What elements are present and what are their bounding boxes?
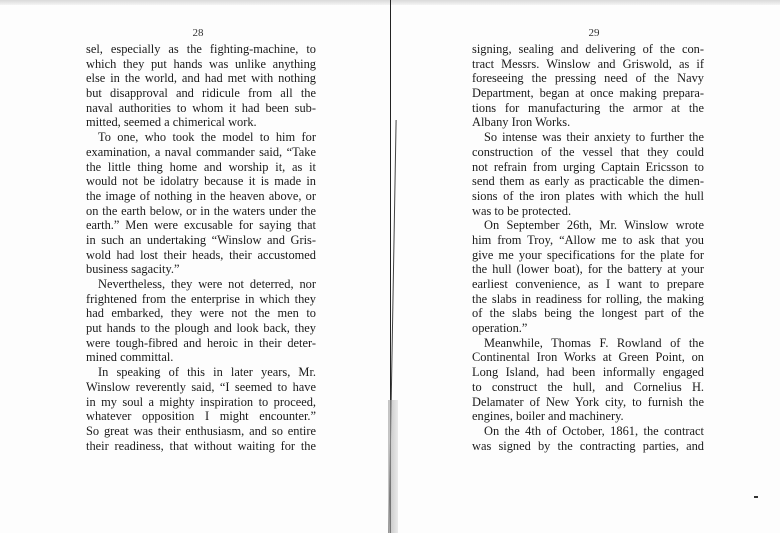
text-line: construction of the vessel that they cou… bbox=[472, 145, 704, 160]
text-line: to construct the hull, and Cornelius H. bbox=[472, 380, 704, 395]
text-line: naval authorities to whom it had been su… bbox=[86, 101, 316, 116]
text-line: earth.” Men were excusable for saying th… bbox=[86, 218, 316, 233]
text-line: operation.” bbox=[472, 321, 704, 336]
text-line: Delamater of New York city, to furnish t… bbox=[472, 395, 704, 410]
text-line: on the earth below, or in the waters und… bbox=[86, 204, 316, 219]
text-line: put hands to the plough and look back, t… bbox=[86, 321, 316, 336]
text-line: whatever opposition I might encounter.” bbox=[86, 409, 316, 424]
text-line: mined committal. bbox=[86, 350, 316, 365]
book-spread: 28 sel, especially as the fighting-machi… bbox=[0, 0, 780, 533]
text-line: sions of the iron plates with which the … bbox=[472, 189, 704, 204]
text-line: signing, sealing and delivering of the c… bbox=[472, 42, 704, 57]
text-line: had embarked, they were not the men to bbox=[86, 306, 316, 321]
text-line: Continental Iron Works at Green Point, o… bbox=[472, 350, 704, 365]
text-line: Department, began at once making prepara… bbox=[472, 86, 704, 101]
page-text: signing, sealing and delivering of the c… bbox=[472, 42, 704, 453]
text-line: the slabs in readiness for rolling, the … bbox=[472, 292, 704, 307]
text-line: business sagacity.” bbox=[86, 262, 316, 277]
text-line: send them as early as practicable the di… bbox=[472, 174, 704, 189]
text-line: sel, especially as the fighting-machine,… bbox=[86, 42, 316, 57]
text-line: tract Messrs. Winslow and Griswold, as i… bbox=[472, 57, 704, 72]
scan-speck bbox=[754, 496, 758, 498]
text-line: To one, who took the model to him for bbox=[86, 130, 316, 145]
page-text: sel, especially as the fighting-machine,… bbox=[86, 42, 316, 453]
text-line: mitted, seemed a chimerical work. bbox=[86, 115, 316, 130]
text-line: the hull (lower boat), for the battery a… bbox=[472, 262, 704, 277]
text-line: would not be idolatry because it is made… bbox=[86, 174, 316, 189]
text-line: which they put hands was unlike anything bbox=[86, 57, 316, 72]
text-line: else in the world, and had met with noth… bbox=[86, 71, 316, 86]
text-line: Nevertheless, they were not deterred, no… bbox=[86, 277, 316, 292]
text-line: their readiness, that without waiting fo… bbox=[86, 439, 316, 454]
right-page: 29 signing, sealing and delivering of th… bbox=[392, 0, 780, 533]
text-line: engines, boiler and machinery. bbox=[472, 409, 704, 424]
text-line: examination, a naval commander said, “Ta… bbox=[86, 145, 316, 160]
text-line: not refrain from urging Captain Ericsson… bbox=[472, 160, 704, 175]
text-line: give me your specifications for the plat… bbox=[472, 248, 704, 263]
text-line: frightened from the enterprise in which … bbox=[86, 292, 316, 307]
text-line: but disapproval and ridicule from all th… bbox=[86, 86, 316, 101]
text-line: On the 4th of October, 1861, the contrac… bbox=[472, 424, 704, 439]
page-number: 29 bbox=[579, 27, 609, 39]
text-line: the image of nothing in the heaven above… bbox=[86, 189, 316, 204]
text-line: earliest convenience, as I want to prepa… bbox=[472, 277, 704, 292]
text-line: were tough-fibred and heroic in their de… bbox=[86, 336, 316, 351]
text-line: Meanwhile, Thomas F. Rowland of the bbox=[472, 336, 704, 351]
text-line: tions for manufacturing the armor at the bbox=[472, 101, 704, 116]
text-line: In speaking of this in later years, Mr. bbox=[86, 365, 316, 380]
text-line: So great was their enthusiasm, and so en… bbox=[86, 424, 316, 439]
text-line: Winslow reverently said, “I seemed to ha… bbox=[86, 380, 316, 395]
text-line: Long Island, had been informally engaged bbox=[472, 365, 704, 380]
text-line: in my soul a mighty inspiration to proce… bbox=[86, 395, 316, 410]
text-line: foreseeing the pressing need of the Navy bbox=[472, 71, 704, 86]
page-number: 28 bbox=[183, 27, 213, 39]
text-line: So intense was their anxiety to further … bbox=[472, 130, 704, 145]
text-line: wold had lost their heads, their accusto… bbox=[86, 248, 316, 263]
text-line: Albany Iron Works. bbox=[472, 115, 704, 130]
text-line: was signed by the contracting parties, a… bbox=[472, 439, 704, 454]
text-line: On September 26th, Mr. Winslow wrote bbox=[472, 218, 704, 233]
text-line: was to be protected. bbox=[472, 204, 704, 219]
text-line: the little thing home and worship it, as… bbox=[86, 160, 316, 175]
text-line: him from Troy, “Allow me to ask that you bbox=[472, 233, 704, 248]
left-page: 28 sel, especially as the fighting-machi… bbox=[0, 0, 388, 533]
text-line: in such an undertaking “Winslow and Gris… bbox=[86, 233, 316, 248]
text-line: of the slabs being the longest part of t… bbox=[472, 306, 704, 321]
